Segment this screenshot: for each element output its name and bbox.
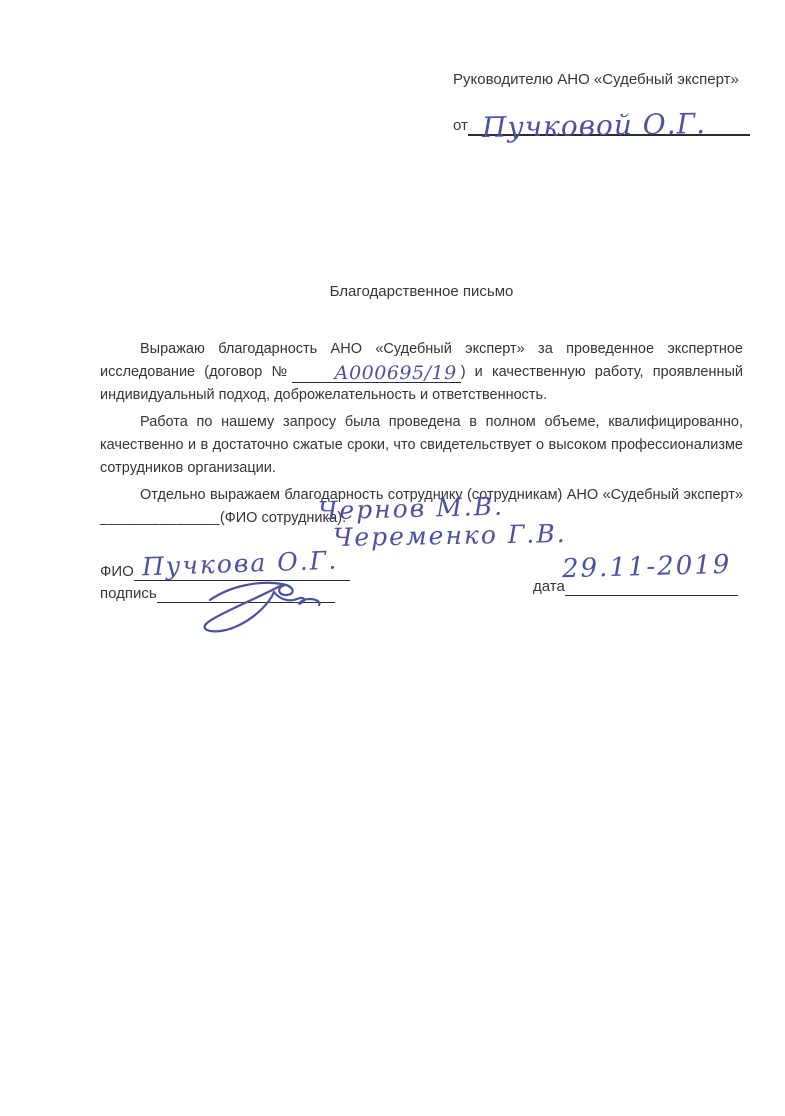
from-underline: Пучковой О.Г. (468, 96, 750, 136)
date-label: дата (533, 578, 565, 596)
fio-label: ФИО (100, 563, 134, 581)
letter-page: Руководителю АНО «Судебный эксперт» от П… (0, 0, 785, 1116)
paragraph-1: Выражаю благодарность АНО «Судебный эксп… (100, 338, 743, 407)
letter-title: Благодарственное письмо (100, 283, 743, 300)
from-line: от Пучковой О.Г. (453, 96, 750, 136)
from-name-handwriting: Пучковой О.Г. (482, 109, 707, 143)
from-label: от (453, 117, 468, 136)
signature-label: подпись (100, 585, 157, 603)
employee-name-2-handwriting: Череменко Г.В. (333, 519, 567, 552)
signature-flourish (190, 574, 330, 638)
paragraph-2: Работа по нашему запросу была проведена … (100, 411, 743, 480)
recipient-line: Руководителю АНО «Судебный эксперт» (453, 70, 753, 89)
employee-name-blank: ______________ (100, 510, 220, 526)
contract-number-handwriting: А000695/19 (292, 366, 461, 383)
date-value-handwriting: 29.11-2019 (562, 550, 732, 584)
